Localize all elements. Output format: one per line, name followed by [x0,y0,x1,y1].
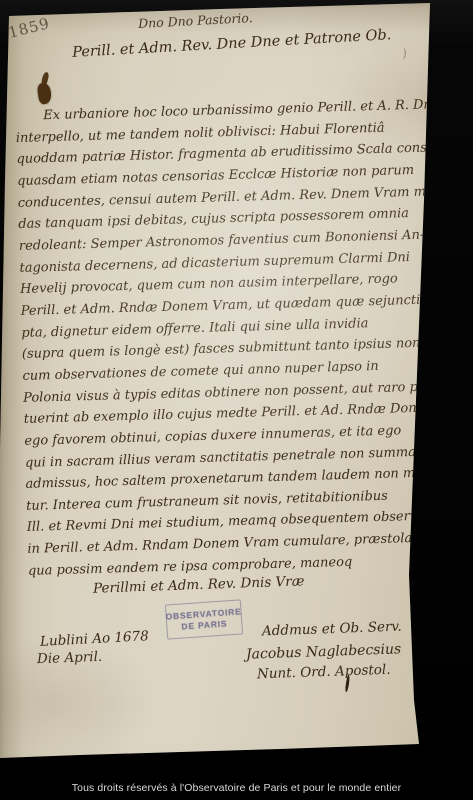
archive-number: 1859 [6,14,51,42]
stamp-text-line2: DE PARIS [181,618,228,632]
ink-blot-body [37,82,53,105]
dateline-day: Die April. [37,649,103,667]
letter-body: Ex urbaniore hoc loco urbanissimo genio … [15,94,440,582]
signature-title: Nunt. Ord. Apostol. [257,662,391,683]
signature-valediction: Addmus et Ob. Serv. [262,619,402,640]
letter-salutation: Perill. et Adm. Rev. Dne Dne et Patrone … [72,27,392,61]
observatory-stamp: OBSERVATOIRE DE PARIS [165,599,243,639]
letter-heading: Dno Dno Pastorio. [138,10,253,31]
pencil-mark-icon [397,47,407,60]
manuscript-paper: 1859 Dno Dno Pastorio. Perill. et Adm. R… [0,0,473,800]
signature-name: Jacobus Naglabecsius [246,641,402,662]
manuscript-photo-frame: 1859 Dno Dno Pastorio. Perill. et Adm. R… [0,0,473,800]
copyright-caption: Tous droits réservés à l'Observatoire de… [0,782,473,794]
dateline-place: Lublini Ao 1678 [40,628,149,650]
ink-blot [38,72,54,106]
